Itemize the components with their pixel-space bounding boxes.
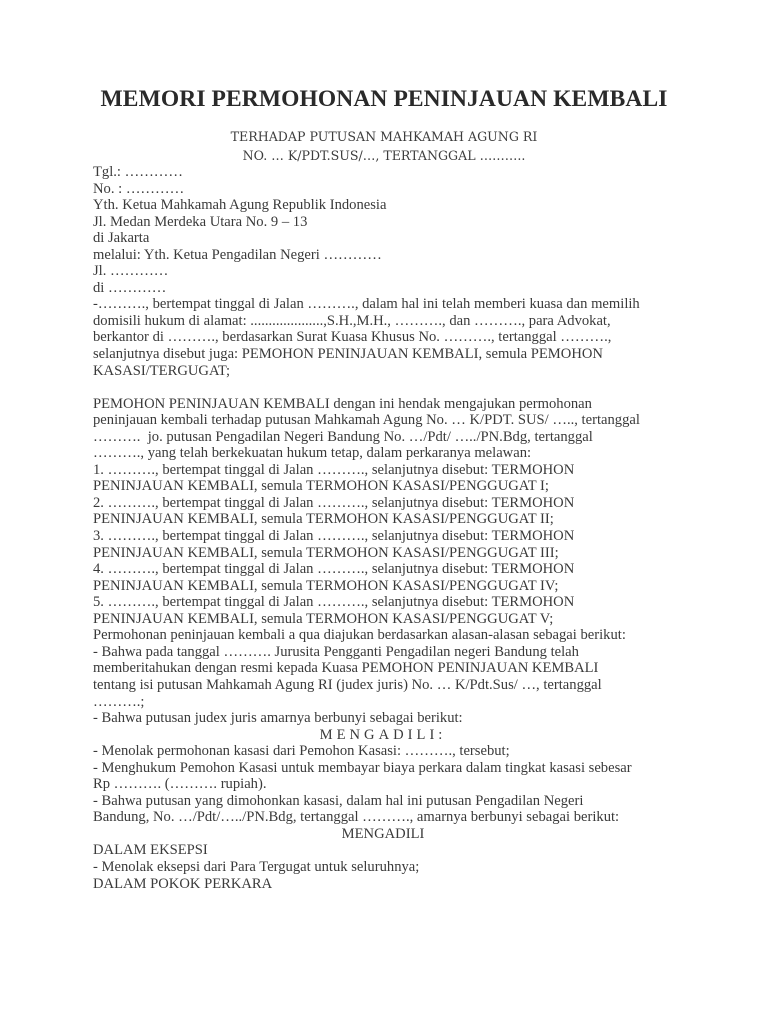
document-line: ………., yang telah berkekuatan hukum tetap…	[93, 445, 693, 462]
document-line: berkantor di ………., berdasarkan Surat Kua…	[93, 329, 693, 346]
document-line: - Menolak permohonan kasasi dari Pemohon…	[93, 743, 693, 760]
document-line: Jl. …………	[93, 263, 693, 280]
document-line: di Jakarta	[93, 230, 693, 247]
document-line: PENINJAUAN KEMBALI, semula TERMOHON KASA…	[93, 478, 693, 495]
document-line: MENGADILI	[93, 826, 673, 843]
document-line: PENINJAUAN KEMBALI, semula TERMOHON KASA…	[93, 511, 693, 528]
document-line: Bandung, No. …/Pdt/…../PN.Bdg, tertangga…	[93, 809, 693, 826]
document-subtitle-line-1: TERHADAP PUTUSAN MAHKAMAH AGUNG RI	[0, 128, 768, 145]
document-subtitle-line-2: NO. … K/PDT.SUS/…, TERTANGGAL ………..	[0, 147, 768, 164]
document-line: 5. ………., bertempat tinggal di Jalan ……….…	[93, 594, 693, 611]
document-line: selanjutnya disebut juga: PEMOHON PENINJ…	[93, 346, 693, 363]
document-line: MENGADILI:	[93, 727, 673, 744]
document-line: 3. ………., bertempat tinggal di Jalan ……….…	[93, 528, 693, 545]
document-line: Permohonan peninjauan kembali a qua diaj…	[93, 627, 693, 644]
document-line: peninjauan kembali terhadap putusan Mahk…	[93, 412, 693, 429]
document-line: 1. ………., bertempat tinggal di Jalan ……….…	[93, 462, 693, 479]
document-line: melalui: Yth. Ketua Pengadilan Negeri ………	[93, 247, 693, 264]
document-line: 4. ………., bertempat tinggal di Jalan ……….…	[93, 561, 693, 578]
document-line: -………., bertempat tinggal di Jalan ………., …	[93, 296, 693, 313]
document-line: PENINJAUAN KEMBALI, semula TERMOHON KASA…	[93, 578, 693, 595]
document-line: - Menolak eksepsi dari Para Tergugat unt…	[93, 859, 693, 876]
document-line: - Bahwa putusan judex juris amarnya berb…	[93, 710, 693, 727]
document-line: Rp ………. (………. rupiah).	[93, 776, 693, 793]
document-line: - Menghukum Pemohon Kasasi untuk membaya…	[93, 760, 693, 777]
document-line: DALAM POKOK PERKARA	[93, 876, 693, 893]
document-line: tentang isi putusan Mahkamah Agung RI (j…	[93, 677, 693, 694]
document-line: - Bahwa putusan yang dimohonkan kasasi, …	[93, 793, 693, 810]
document-line: - Bahwa pada tanggal ………. Jurusita Pengg…	[93, 644, 693, 661]
document-line: ………. jo. putusan Pengadilan Negeri Bandu…	[93, 429, 693, 446]
document-line: PEMOHON PENINJAUAN KEMBALI dengan ini he…	[93, 396, 693, 413]
document-line: DALAM EKSEPSI	[93, 842, 693, 859]
document-line: No. : …………	[93, 181, 693, 198]
document-line	[93, 379, 693, 396]
document-title: MEMORI PERMOHONAN PENINJAUAN KEMBALI	[0, 86, 768, 113]
document-line: ……….;	[93, 694, 693, 711]
document-body: Tgl.: …………No. : …………Yth. Ketua Mahkamah …	[93, 164, 693, 892]
document-line: domisili hukum di alamat: ..............…	[93, 313, 693, 330]
document-line: PENINJAUAN KEMBALI, semula TERMOHON KASA…	[93, 545, 693, 562]
document-line: Yth. Ketua Mahkamah Agung Republik Indon…	[93, 197, 693, 214]
document-line: KASASI/TERGUGAT;	[93, 363, 693, 380]
document-line: Jl. Medan Merdeka Utara No. 9 – 13	[93, 214, 693, 231]
document-line: di …………	[93, 280, 693, 297]
document-page: MEMORI PERMOHONAN PENINJAUAN KEMBALI TER…	[0, 0, 768, 1024]
document-line: 2. ………., bertempat tinggal di Jalan ……….…	[93, 495, 693, 512]
document-line: PENINJAUAN KEMBALI, semula TERMOHON KASA…	[93, 611, 693, 628]
document-line: memberitahukan dengan resmi kepada Kuasa…	[93, 660, 693, 677]
document-line: Tgl.: …………	[93, 164, 693, 181]
